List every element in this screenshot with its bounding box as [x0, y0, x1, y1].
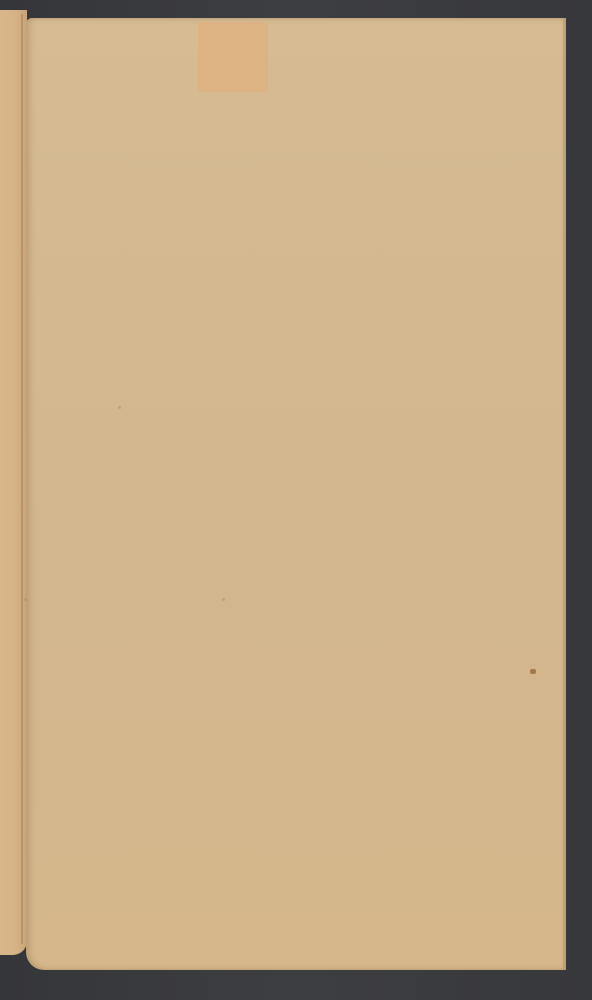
book-gutter	[21, 14, 23, 944]
blank-page	[26, 18, 566, 970]
paper-speck	[222, 598, 225, 601]
library-stamp	[198, 22, 268, 92]
paper-speck	[24, 598, 27, 601]
page-right-edge	[563, 18, 566, 970]
paper-stain	[530, 669, 536, 674]
paper-speck	[118, 406, 121, 409]
